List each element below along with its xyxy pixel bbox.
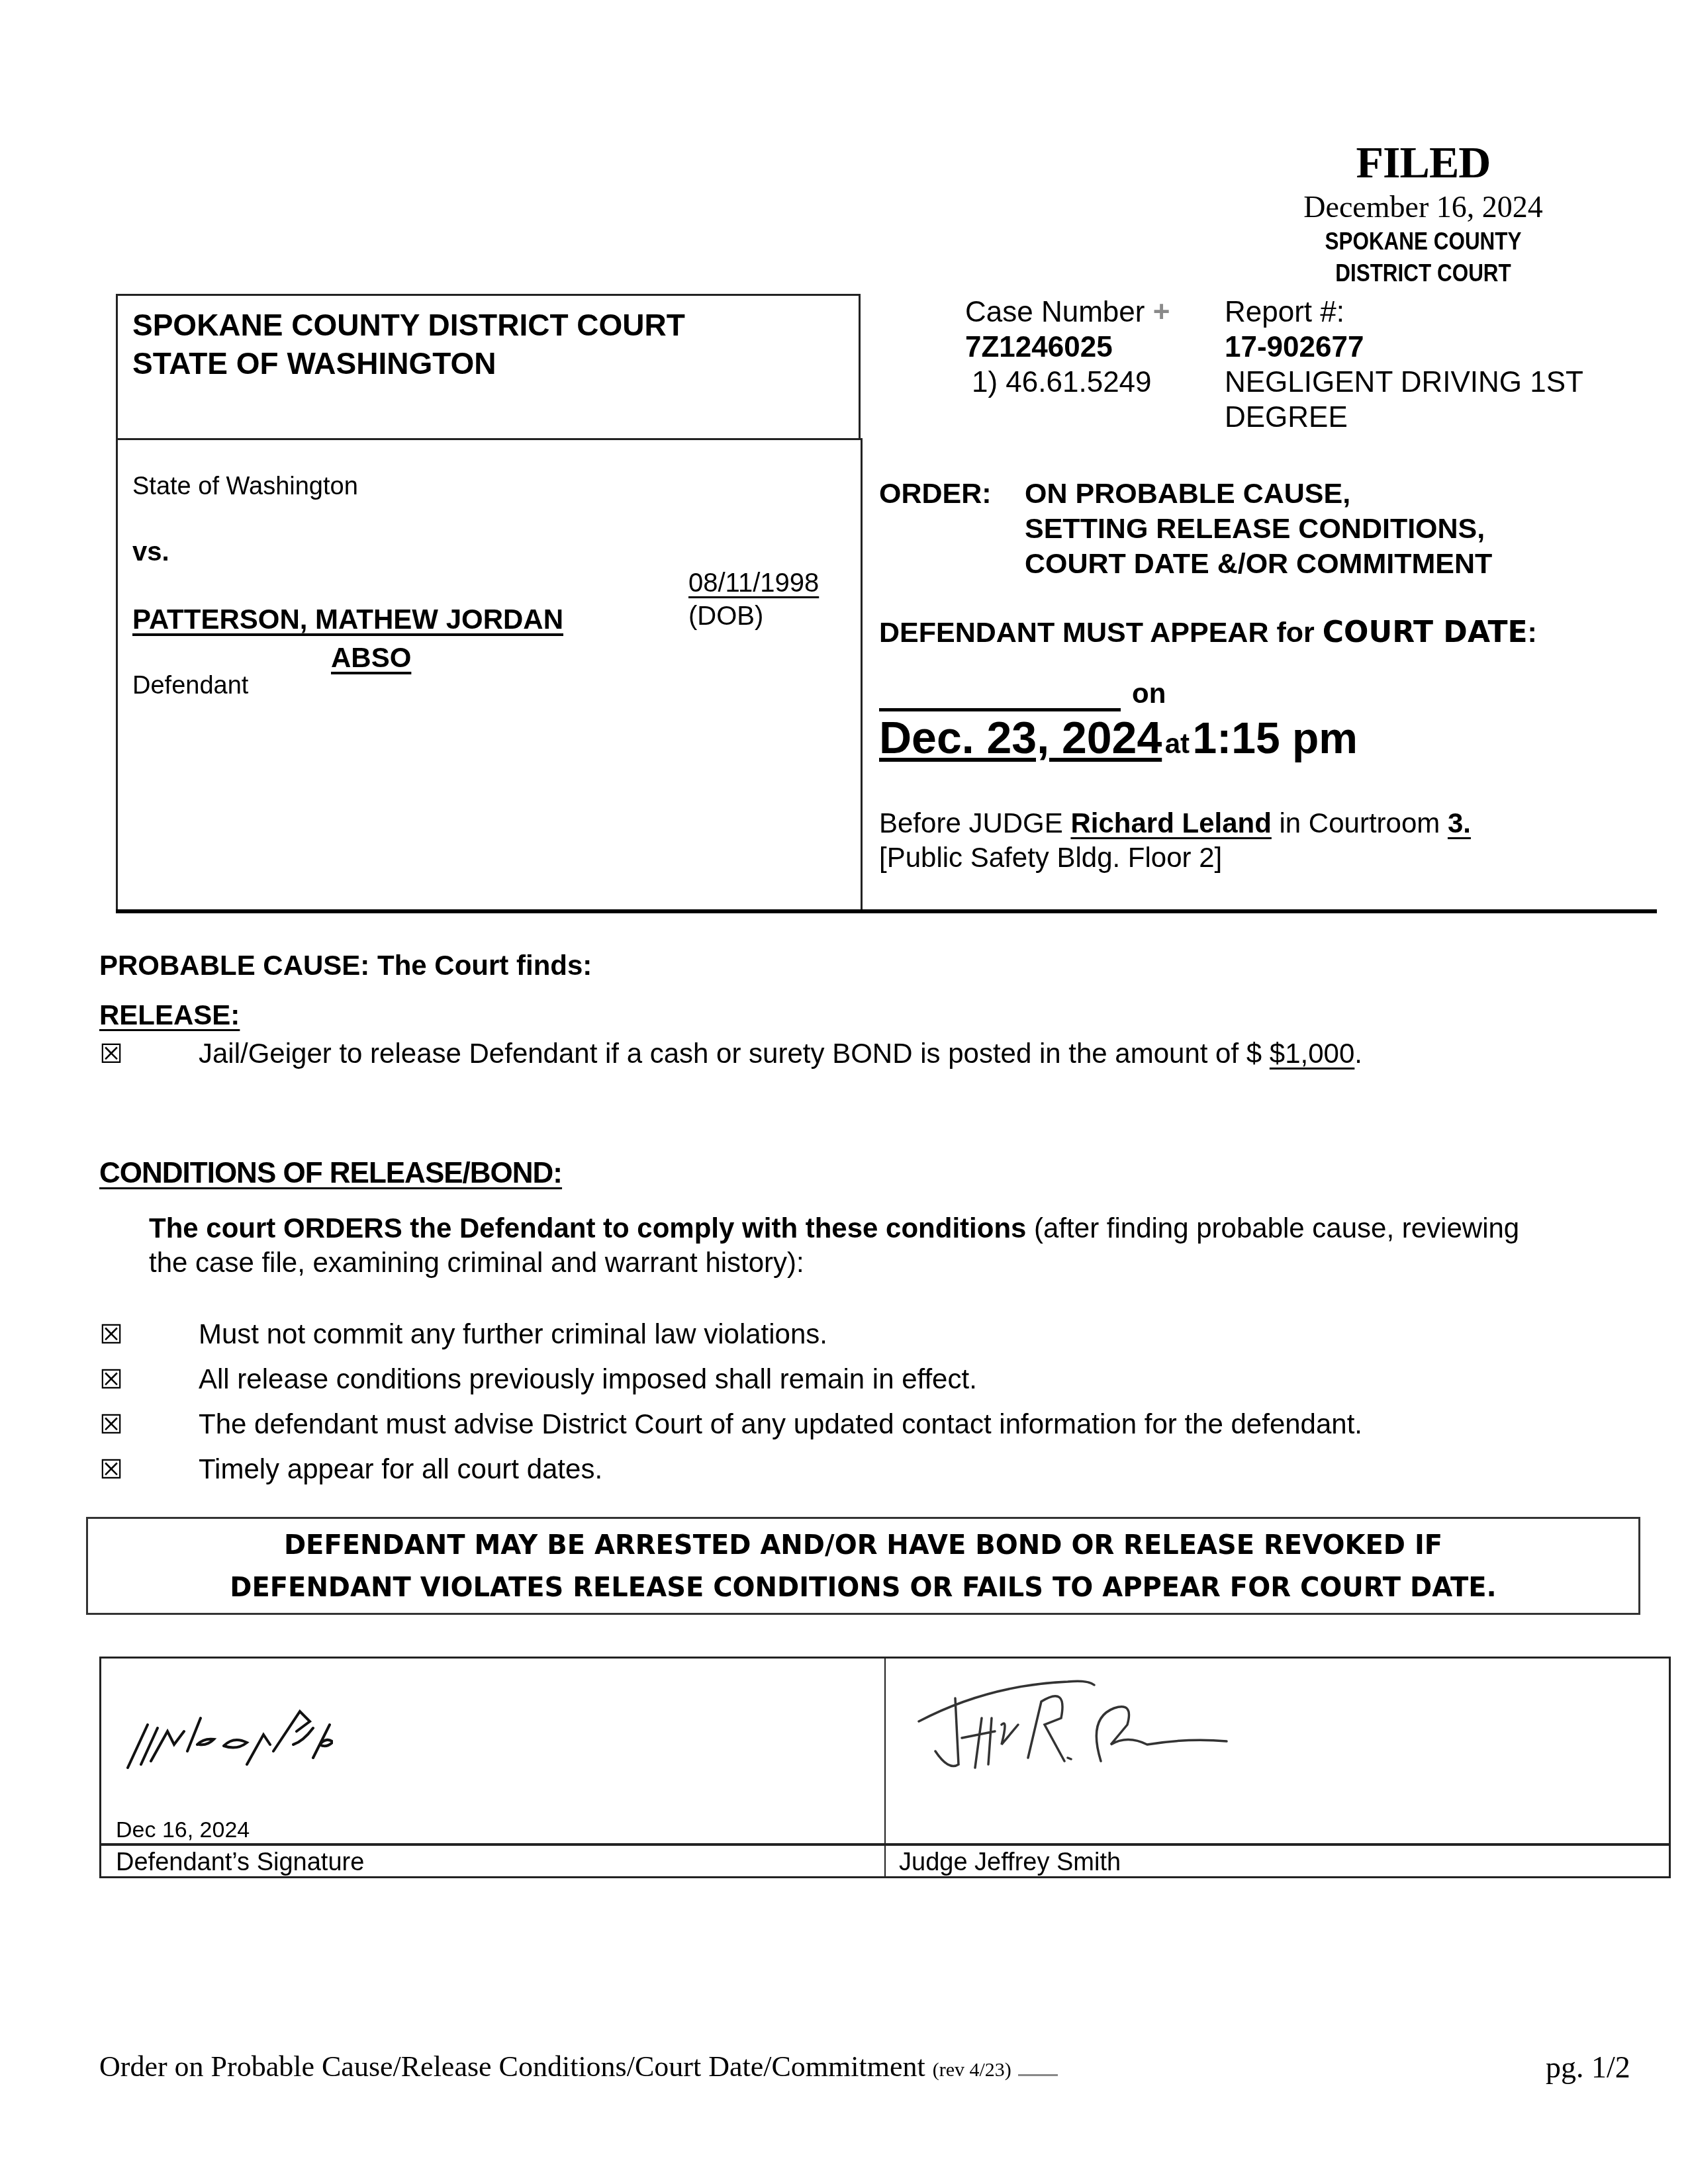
statute: 1) 46.61.5249 — [965, 365, 1170, 400]
case-number: 7Z1246025 — [965, 330, 1170, 365]
condition-item: ☒Timely appear for all court dates. — [99, 1453, 602, 1485]
defendant-signature-label: Defendant’s Signature — [116, 1848, 364, 1877]
court-name-line2: STATE OF WASHINGTON — [132, 344, 685, 383]
case-number-label: Case Number — [965, 296, 1145, 328]
condition-text: All release conditions previously impose… — [199, 1363, 977, 1394]
warning-line2: DEFENDANT VIOLATES RELEASE CONDITIONS OR… — [88, 1567, 1638, 1609]
defendant-name-line2: ABSO — [331, 642, 411, 673]
defendant-signature-date: Dec 16, 2024 — [116, 1817, 250, 1843]
bond-amount: $1,000 — [1270, 1038, 1354, 1069]
filed-date: December 16, 2024 — [1258, 189, 1589, 226]
order-line3: COURT DATE &/OR COMMITMENT — [879, 547, 1492, 582]
appear-emphasis: COURT DATE — [1323, 615, 1528, 649]
filed-title: FILED — [1258, 136, 1589, 189]
caption-bottom-rule — [116, 909, 1657, 913]
footer-revision: (rev 4/23) — [933, 2059, 1011, 2081]
judge-name: Richard Leland — [1070, 807, 1271, 839]
courtroom-number: 3. — [1448, 807, 1471, 839]
condition-item: ☒All release conditions previously impos… — [99, 1363, 977, 1395]
footer-title: Order on Probable Cause/Release Conditio… — [99, 2050, 1058, 2083]
order-title: ORDER:ON PROBABLE CAUSE, SETTING RELEASE… — [879, 477, 1492, 582]
checkbox-checked-icon[interactable]: ☒ — [99, 1410, 199, 1440]
appear-suffix: : — [1528, 617, 1537, 649]
order-line1: ON PROBABLE CAUSE, — [1025, 478, 1350, 510]
filed-stamp: FILED December 16, 2024 SPOKANE COUNTY D… — [1258, 136, 1589, 289]
conditions-heading: CONDITIONS OF RELEASE/BOND: — [99, 1157, 562, 1190]
appear-notice: DEFENDANT MUST APPEAR for COURT DATE: — [879, 615, 1537, 649]
condition-item: ☒Must not commit any further criminal la… — [99, 1318, 827, 1350]
warning-line1: DEFENDANT MAY BE ARRESTED AND/OR HAVE BO… — [88, 1524, 1638, 1567]
release-item-text: Jail/Geiger to release Defendant if a ca… — [199, 1038, 1270, 1069]
appear-prefix: DEFENDANT MUST APPEAR for — [879, 617, 1323, 649]
condition-text: The defendant must advise District Court… — [199, 1408, 1362, 1439]
footer-blank — [1018, 2074, 1058, 2076]
report-info: Report #: 17-902677 NEGLIGENT DRIVING 1S… — [1225, 295, 1583, 435]
courtroom-prefix: in Courtroom — [1272, 807, 1448, 839]
judge-signature-label: Judge Jeffrey Smith — [899, 1848, 1121, 1877]
charge-line1: NEGLIGENT DRIVING 1ST — [1225, 365, 1583, 400]
warning-box: DEFENDANT MAY BE ARRESTED AND/OR HAVE BO… — [86, 1517, 1640, 1615]
defendant-signature-icon — [121, 1705, 333, 1778]
release-item: ☒Jail/Geiger to release Defendant if a c… — [99, 1038, 1362, 1069]
signature-rule — [101, 1843, 1669, 1846]
release-heading: RELEASE: — [99, 999, 240, 1031]
case-info: Case Number + 7Z1246025 1) 46.61.5249 — [965, 295, 1170, 400]
dob-label: (DOB) — [688, 600, 819, 633]
dob-block: 08/11/1998 (DOB) — [688, 567, 819, 633]
versus-label: vs. — [132, 537, 169, 567]
charge-line2: DEGREE — [1225, 400, 1583, 435]
probable-cause-heading: PROBABLE CAUSE: The Court finds: — [99, 950, 592, 981]
checkbox-checked-icon[interactable]: ☒ — [99, 1455, 199, 1485]
checkbox-checked-icon[interactable]: ☒ — [99, 1365, 199, 1395]
report-label: Report #: — [1225, 295, 1583, 330]
order-label: ORDER: — [879, 477, 1025, 512]
location: [Public Safety Bldg. Floor 2] — [879, 841, 1471, 875]
signature-table: Dec 16, 2024 Defendant’s Signature Judge… — [99, 1657, 1671, 1878]
footer-form-name: Order on Probable Cause/Release Conditio… — [99, 2050, 933, 2083]
before-prefix: Before JUDGE — [879, 807, 1070, 839]
judge-courtroom: Before JUDGE Richard Leland in Courtroom… — [879, 806, 1471, 875]
defendant-name: PATTERSON, MATHEW JORDAN ABSO — [132, 600, 563, 677]
filed-court-line2: DISTRICT COURT — [1283, 257, 1564, 289]
judge-signature-icon — [909, 1672, 1280, 1778]
page-number: pg. 1/2 — [1546, 2050, 1630, 2085]
conditions-intro: The court ORDERS the Defendant to comply… — [149, 1211, 1526, 1280]
filed-court-line1: SPOKANE COUNTY — [1283, 226, 1564, 257]
report-number: 17-902677 — [1225, 330, 1583, 365]
on-label: on — [1132, 678, 1166, 709]
order-line2: SETTING RELEASE CONDITIONS, — [879, 512, 1492, 547]
plus-icon: + — [1153, 296, 1170, 328]
checkbox-checked-icon[interactable]: ☒ — [99, 1320, 199, 1350]
blank-line — [879, 708, 1121, 711]
court-time: 1:15 pm — [1193, 713, 1358, 762]
court-date: Dec. 23, 2024 — [879, 713, 1162, 763]
plaintiff: State of Washington — [132, 473, 358, 501]
court-date-time: Dec. 23, 2024 at 1:15 pm — [879, 712, 1358, 764]
court-name-line1: SPOKANE COUNTY DISTRICT COURT — [132, 306, 685, 344]
condition-text: Timely appear for all court dates. — [199, 1453, 602, 1484]
condition-text: Must not commit any further criminal law… — [199, 1318, 827, 1349]
dob-value: 08/11/1998 — [688, 569, 819, 598]
court-name: SPOKANE COUNTY DISTRICT COURT STATE OF W… — [132, 306, 685, 383]
defendant-label: Defendant — [132, 672, 248, 700]
checkbox-checked-icon[interactable]: ☒ — [99, 1039, 199, 1069]
at-label: at — [1165, 728, 1190, 759]
defendant-name-line1: PATTERSON, MATHEW JORDAN — [132, 604, 563, 635]
conditions-intro-bold: The court ORDERS the Defendant to comply… — [149, 1212, 1026, 1244]
release-item-suffix: . — [1354, 1038, 1362, 1069]
condition-item: ☒The defendant must advise District Cour… — [99, 1408, 1362, 1440]
